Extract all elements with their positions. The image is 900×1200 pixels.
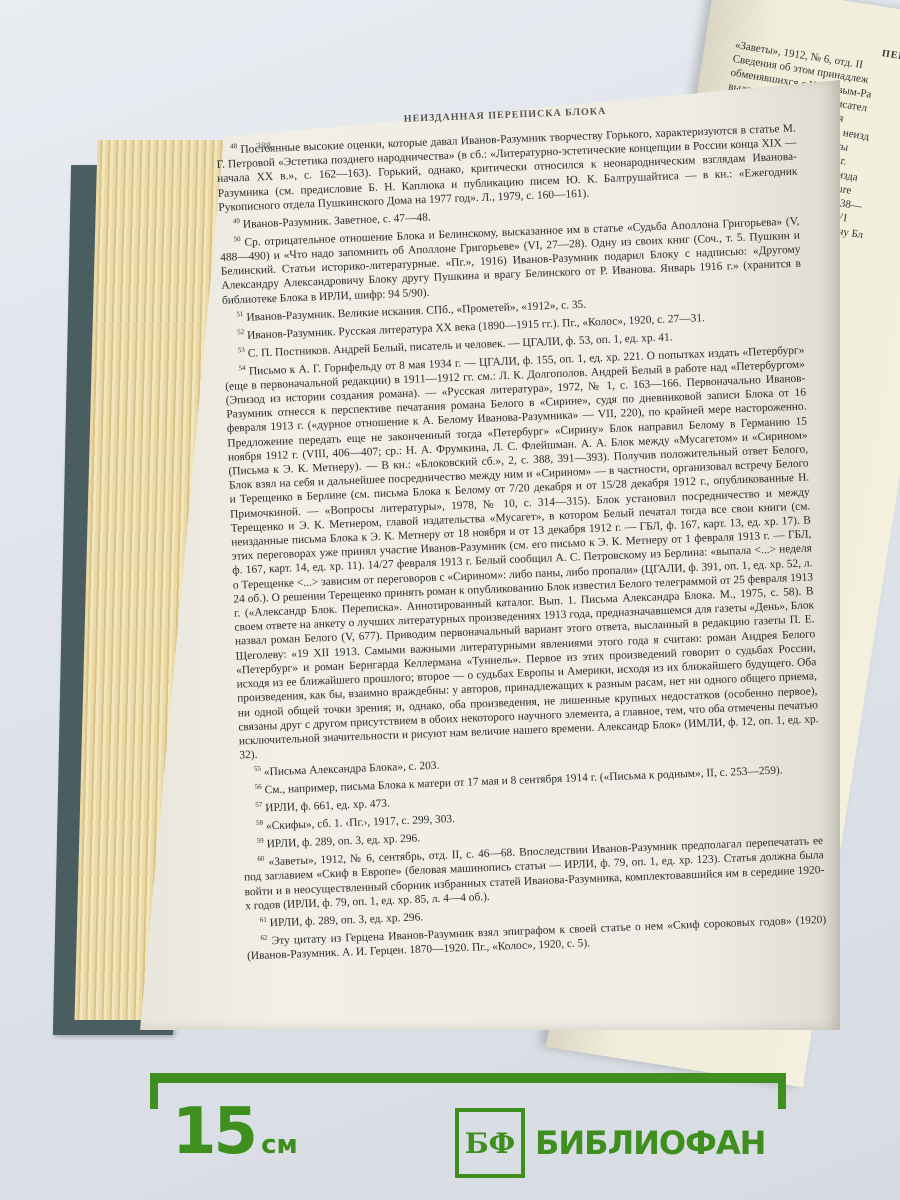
footnote-number: 48	[230, 142, 237, 150]
footnote-number: 62	[260, 934, 267, 942]
footnote-text: Письмо к А. Г. Горнфельду от 8 мая 1934 …	[225, 344, 819, 761]
footnote-number: 51	[236, 310, 243, 318]
book-logo-icon: БФ	[455, 1108, 525, 1178]
footnote: 54 Письмо к А. Г. Горнфельду от 8 мая 19…	[224, 339, 819, 762]
footnote-number: 49	[233, 217, 240, 225]
footnote-number: 52	[237, 328, 244, 336]
footnote-number: 61	[260, 916, 267, 924]
page-number: 388	[256, 140, 272, 155]
footnote-number: 50	[233, 235, 240, 243]
footnote-number: 54	[238, 364, 245, 372]
footnote-number: 59	[257, 837, 264, 845]
footnotes-list: 48 Постоянные высокие оценки, которые да…	[216, 118, 827, 964]
page-text: 388 НЕИЗДАННАЯ ПЕРЕПИСКА БЛОКА 48 Постоя…	[215, 98, 827, 964]
footnote-number: 53	[238, 346, 245, 354]
footnote-number: 60	[257, 855, 264, 863]
footnote-number: 58	[256, 819, 263, 827]
size-unit: см	[261, 1130, 298, 1160]
size-label: 15см	[172, 1100, 298, 1164]
footnote-number: 55	[254, 765, 261, 773]
brand-name: БИБЛИОФАН	[535, 1124, 765, 1162]
footnote-number: 56	[254, 783, 261, 791]
size-value: 15	[172, 1095, 255, 1169]
footnote-number: 57	[255, 801, 262, 809]
brand-logo-text: БФ	[465, 1127, 516, 1160]
brand: БФ БИБЛИОФАН	[455, 1108, 765, 1178]
